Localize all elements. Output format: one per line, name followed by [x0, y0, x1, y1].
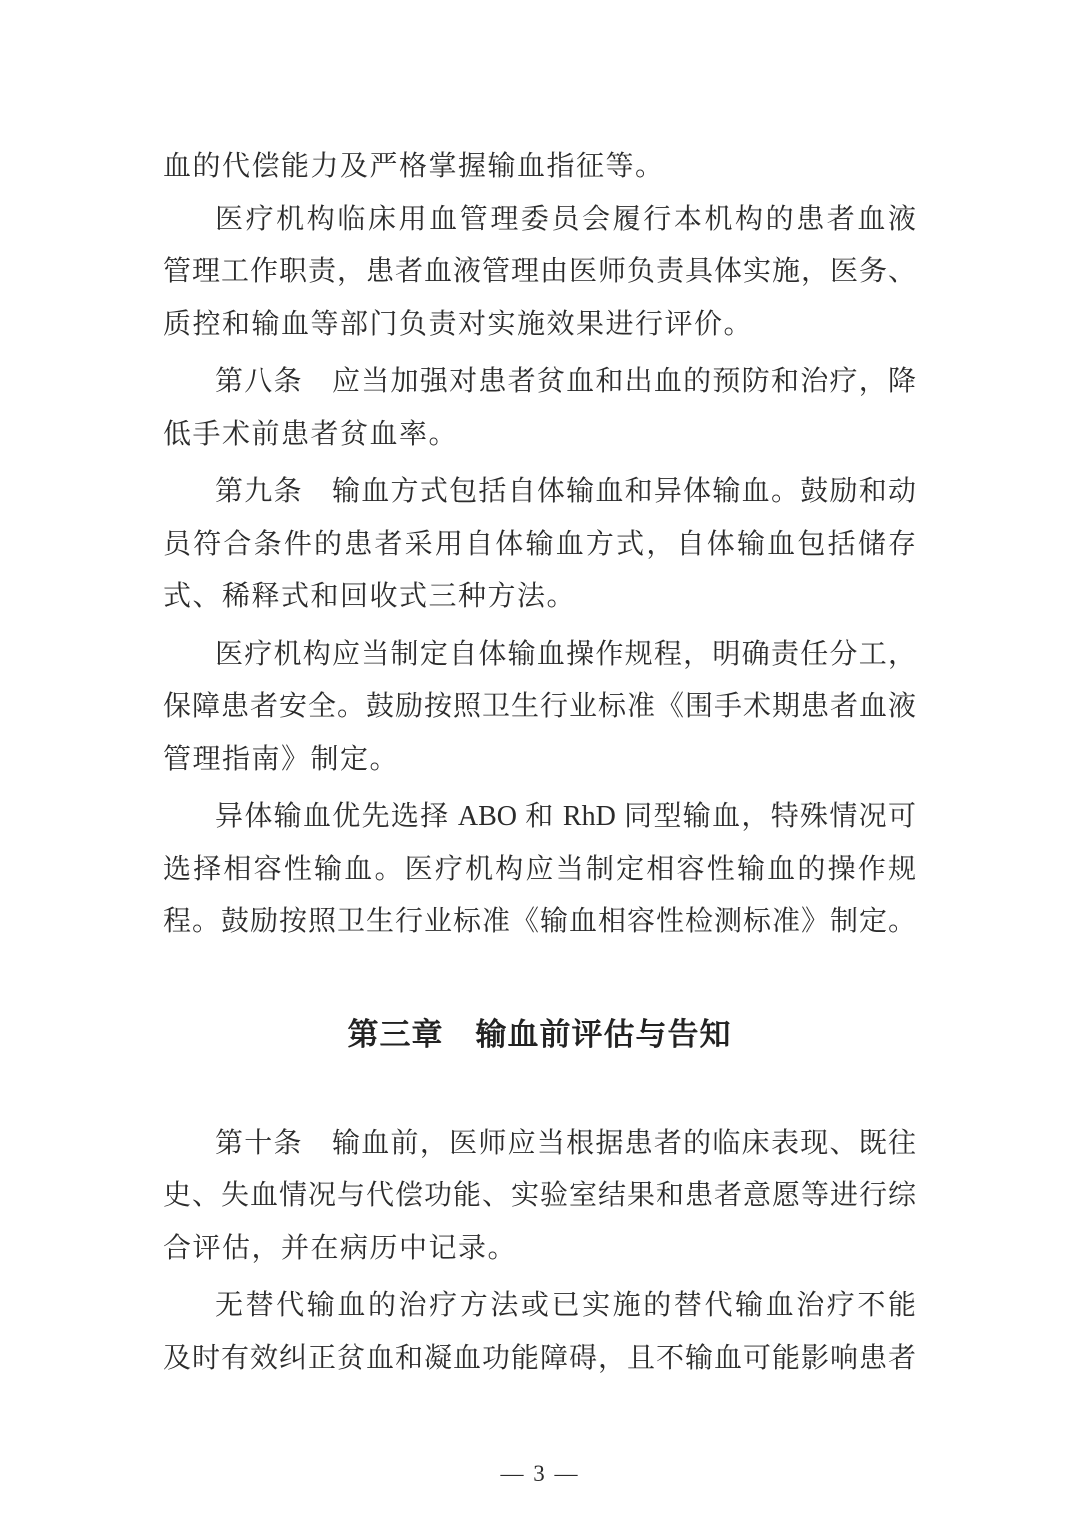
body-line: 选择相容性输血。医疗机构应当制定相容性输血的操作规 — [163, 844, 916, 897]
body-line: 史、失血情况与代偿功能、实验室结果和患者意愿等进行综 — [163, 1170, 916, 1223]
body-line: 第十条 输血前，医师应当根据患者的临床表现、既往 — [163, 1118, 916, 1171]
document-page: 血的代偿能力及严格掌握输血指征等。 医疗机构临床用血管理委员会履行本机构的患者血… — [0, 0, 1080, 1527]
document-body: 血的代偿能力及严格掌握输血指征等。 医疗机构临床用血管理委员会履行本机构的患者血… — [163, 141, 916, 1385]
body-line: 血的代偿能力及严格掌握输血指征等。 — [163, 141, 916, 194]
body-line: 合评估，并在病历中记录。 — [163, 1223, 916, 1276]
body-line: 员符合条件的患者采用自体输血方式，自体输血包括储存 — [163, 519, 916, 572]
body-line: 低手术前患者贫血率。 — [163, 409, 916, 462]
body-line: 管理指南》制定。 — [163, 734, 916, 787]
paragraph-article-10: 第十条 输血前，医师应当根据患者的临床表现、既往 史、失血情况与代偿功能、实验室… — [163, 1118, 916, 1276]
body-line: 保障患者安全。鼓励按照卫生行业标准《围手术期患者血液 — [163, 681, 916, 734]
body-line: 医疗机构应当制定自体输血操作规程，明确责任分工， — [163, 629, 916, 682]
paragraph-article-8: 第八条 应当加强对患者贫血和出血的预防和治疗，降 低手术前患者贫血率。 — [163, 356, 916, 461]
body-line: 无替代输血的治疗方法或已实施的替代输血治疗不能 — [163, 1280, 916, 1333]
body-line: 程。鼓励按照卫生行业标准《输血相容性检测标准》制定。 — [163, 896, 916, 949]
paragraph: 医疗机构应当制定自体输血操作规程，明确责任分工， 保障患者安全。鼓励按照卫生行业… — [163, 629, 916, 787]
body-line: 式、稀释式和回收式三种方法。 — [163, 571, 916, 624]
body-line: 第八条 应当加强对患者贫血和出血的预防和治疗，降 — [163, 356, 916, 409]
paragraph-article-9: 第九条 输血方式包括自体输血和异体输血。鼓励和动 员符合条件的患者采用自体输血方… — [163, 466, 916, 624]
chapter-heading: 第三章 输血前评估与告知 — [163, 1009, 916, 1061]
body-line: 及时有效纠正贫血和凝血功能障碍，且不输血可能影响患者 — [163, 1333, 916, 1386]
body-line: 医疗机构临床用血管理委员会履行本机构的患者血液 — [163, 194, 916, 247]
paragraph: 异体输血优先选择 ABO 和 RhD 同型输血，特殊情况可 选择相容性输血。医疗… — [163, 791, 916, 949]
body-line: 质控和输血等部门负责对实施效果进行评价。 — [163, 299, 916, 352]
body-line: 异体输血优先选择 ABO 和 RhD 同型输血，特殊情况可 — [163, 791, 916, 844]
body-line: 管理工作职责，患者血液管理由医师负责具体实施，医务、 — [163, 246, 916, 299]
paragraph: 无替代输血的治疗方法或已实施的替代输血治疗不能 及时有效纠正贫血和凝血功能障碍，… — [163, 1280, 916, 1385]
page-number: — 3 — — [0, 1458, 1080, 1490]
body-line: 第九条 输血方式包括自体输血和异体输血。鼓励和动 — [163, 466, 916, 519]
paragraph-continuation: 血的代偿能力及严格掌握输血指征等。 — [163, 141, 916, 194]
paragraph: 医疗机构临床用血管理委员会履行本机构的患者血液 管理工作职责，患者血液管理由医师… — [163, 194, 916, 352]
